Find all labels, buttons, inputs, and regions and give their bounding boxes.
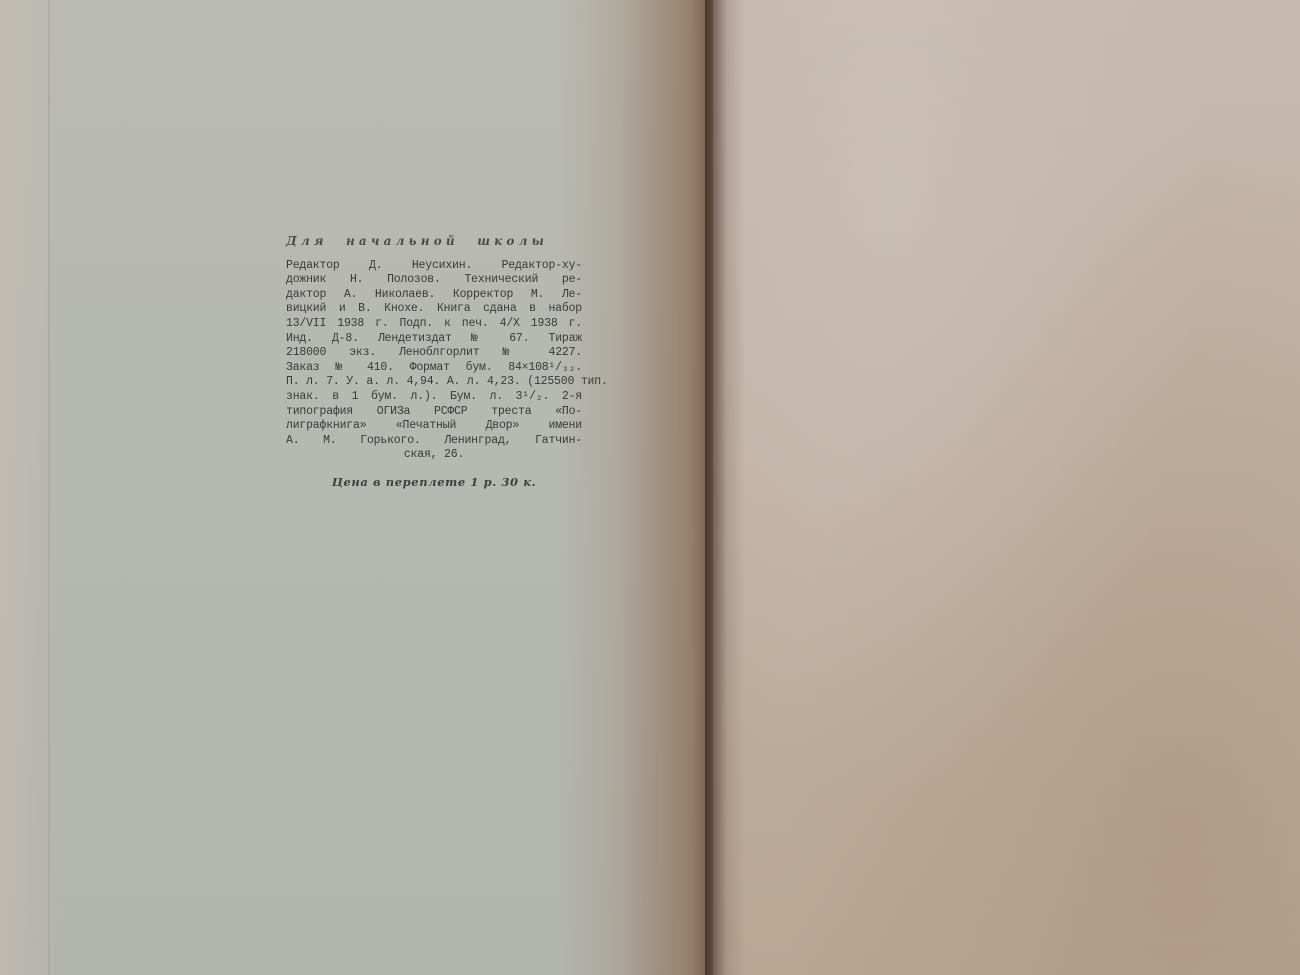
imprint-line: Инд. Д-8. Лендетиздат № 67. Тираж (286, 332, 582, 347)
price-line: Цена в переплете 1 р. 30 к. (286, 475, 582, 490)
imprint-line: дактор А. Николаев. Корректор М. Ле- (286, 288, 582, 303)
imprint-line: А. М. Горького. Ленинград, Гатчин- (286, 434, 582, 449)
imprint-line: 218000 экз. Леноблгорлит № 4227. (286, 346, 582, 361)
colophon-block: Для начальной школы Редактор Д. Неусихин… (286, 234, 582, 490)
imprint-line: Редактор Д. Неусихин. Редактор-ху- (286, 259, 582, 274)
right-page (713, 0, 1300, 975)
imprint-line: вицкий и В. Кнохе. Книга сдана в набор (286, 302, 582, 317)
left-page: Для начальной школы Редактор Д. Неусихин… (0, 0, 713, 975)
imprint-line: Заказ № 410. Формат бум. 84×108¹/₃₂. (286, 361, 582, 376)
imprint-line: дожник Н. Полозов. Технический ре- (286, 273, 582, 288)
book-spine (705, 0, 745, 975)
imprint-line: знак. в 1 бум. л.). Бум. л. 3¹/₂. 2-я (286, 390, 582, 405)
imprint-line: лиграфкнига» «Печатный Двор» имени (286, 419, 582, 434)
imprint-line: П. л. 7. У. а. л. 4,94. А. л. 4,23. (125… (286, 375, 582, 390)
imprint-line: ская, 26. (286, 448, 582, 463)
imprint-line: типография ОГИЗа РСФСР треста «По- (286, 405, 582, 420)
page-edge (48, 0, 50, 975)
imprint-line: 13/VII 1938 г. Подп. к печ. 4/X 1938 г. (286, 317, 582, 332)
series-heading: Для начальной школы (286, 234, 582, 249)
